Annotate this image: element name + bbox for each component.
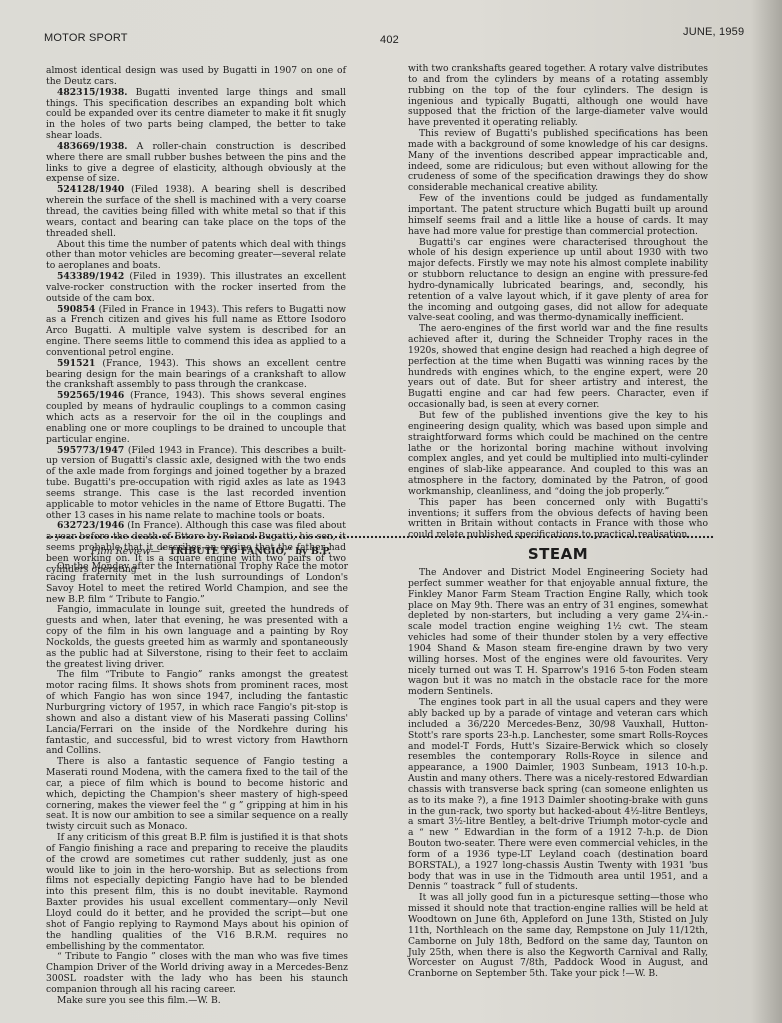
- patent-number: 632723/1946: [57, 520, 124, 531]
- article-paragraph: The aero-engines of the first world war …: [408, 324, 708, 411]
- film-review-label: Film Review—: [91, 546, 160, 557]
- patent-entry: 543389/1942 (Filed in 1939). This illust…: [46, 272, 346, 305]
- bugatti-article-left-column: almost identical design was used by Buga…: [46, 66, 346, 576]
- review-paragraph: Fangio, immaculate in lounge suit, greet…: [46, 605, 348, 670]
- film-review-heading: Film Review—“ TRIBUTE TO FANGIO,” by B.P…: [46, 546, 376, 557]
- patent-number: 590854: [57, 304, 95, 315]
- steam-paragraph: The Andover and District Model Engineeri…: [408, 568, 708, 698]
- patent-number: 591521: [57, 358, 95, 369]
- patent-entry: 483669/1938. A roller-chain construction…: [46, 142, 346, 185]
- issue-date: JUNE, 1959: [683, 26, 744, 38]
- review-paragraph: If any criticism of this great B.P. film…: [46, 833, 348, 952]
- patent-number: 595773/1947: [57, 445, 124, 456]
- patent-number: 592565/1946: [57, 390, 124, 401]
- page-header: MOTOR SPORT 402 JUNE, 1959: [0, 0, 782, 50]
- article-paragraph: with two crankshafts geared together. A …: [408, 64, 708, 129]
- patent-entry: 524128/1940 (Filed 1938). A bearing shel…: [46, 185, 346, 239]
- page-number: 402: [380, 34, 399, 46]
- review-paragraph: “ Tribute to Fangio ” closes with the ma…: [46, 952, 348, 995]
- article-paragraph: almost identical design was used by Buga…: [46, 66, 346, 88]
- publication-name: MOTOR SPORT: [44, 32, 128, 44]
- patent-number: 482315/1938.: [57, 87, 127, 98]
- bugatti-article-right-column: with two crankshafts geared together. A …: [408, 64, 708, 541]
- film-review-body: On the Monday after the International Tr…: [46, 562, 348, 1007]
- steam-paragraph: The engines took part in all the usual c…: [408, 698, 708, 893]
- patent-number: 483669/1938.: [57, 141, 127, 152]
- review-paragraph: There is also a fantastic sequence of Fa…: [46, 757, 348, 833]
- article-paragraph: This review of Bugatti's published speci…: [408, 129, 708, 194]
- article-paragraph: Bugatti's car engines were characterised…: [408, 238, 708, 325]
- dotted-section-divider: [46, 534, 714, 540]
- steam-heading: STEAM: [408, 545, 708, 563]
- patent-entry: 590854 (Filed in France in 1943). This r…: [46, 305, 346, 359]
- steam-paragraph: It was all jolly good fun in a picturesq…: [408, 893, 708, 980]
- article-paragraph: But few of the published inventions give…: [408, 411, 708, 498]
- review-signoff: Make sure you see this film.—W. B.: [46, 996, 348, 1007]
- patent-number: 543389/1942: [57, 271, 124, 282]
- magazine-page: MOTOR SPORT 402 JUNE, 1959 almost identi…: [0, 0, 782, 1023]
- review-paragraph: On the Monday after the International Tr…: [46, 562, 348, 605]
- article-paragraph: About this time the number of patents wh…: [46, 240, 346, 273]
- article-paragraph: Few of the inventions could be judged as…: [408, 194, 708, 237]
- review-paragraph: The film “Tribute to Fangio” ranks among…: [46, 670, 348, 757]
- patent-entry: 591521 (France, 1943). This shows an exc…: [46, 359, 346, 392]
- steam-article-body: The Andover and District Model Engineeri…: [408, 568, 708, 980]
- patent-number: 524128/1940: [57, 184, 124, 195]
- patent-entry: 595773/1947 (Filed 1943 in France). This…: [46, 446, 346, 522]
- patent-entry: 482315/1938. Bugatti invented large thin…: [46, 88, 346, 142]
- film-review-title: “ TRIBUTE TO FANGIO,” by B.P.: [160, 546, 331, 557]
- patent-entry: 592565/1946 (France, 1943). This shows s…: [46, 391, 346, 445]
